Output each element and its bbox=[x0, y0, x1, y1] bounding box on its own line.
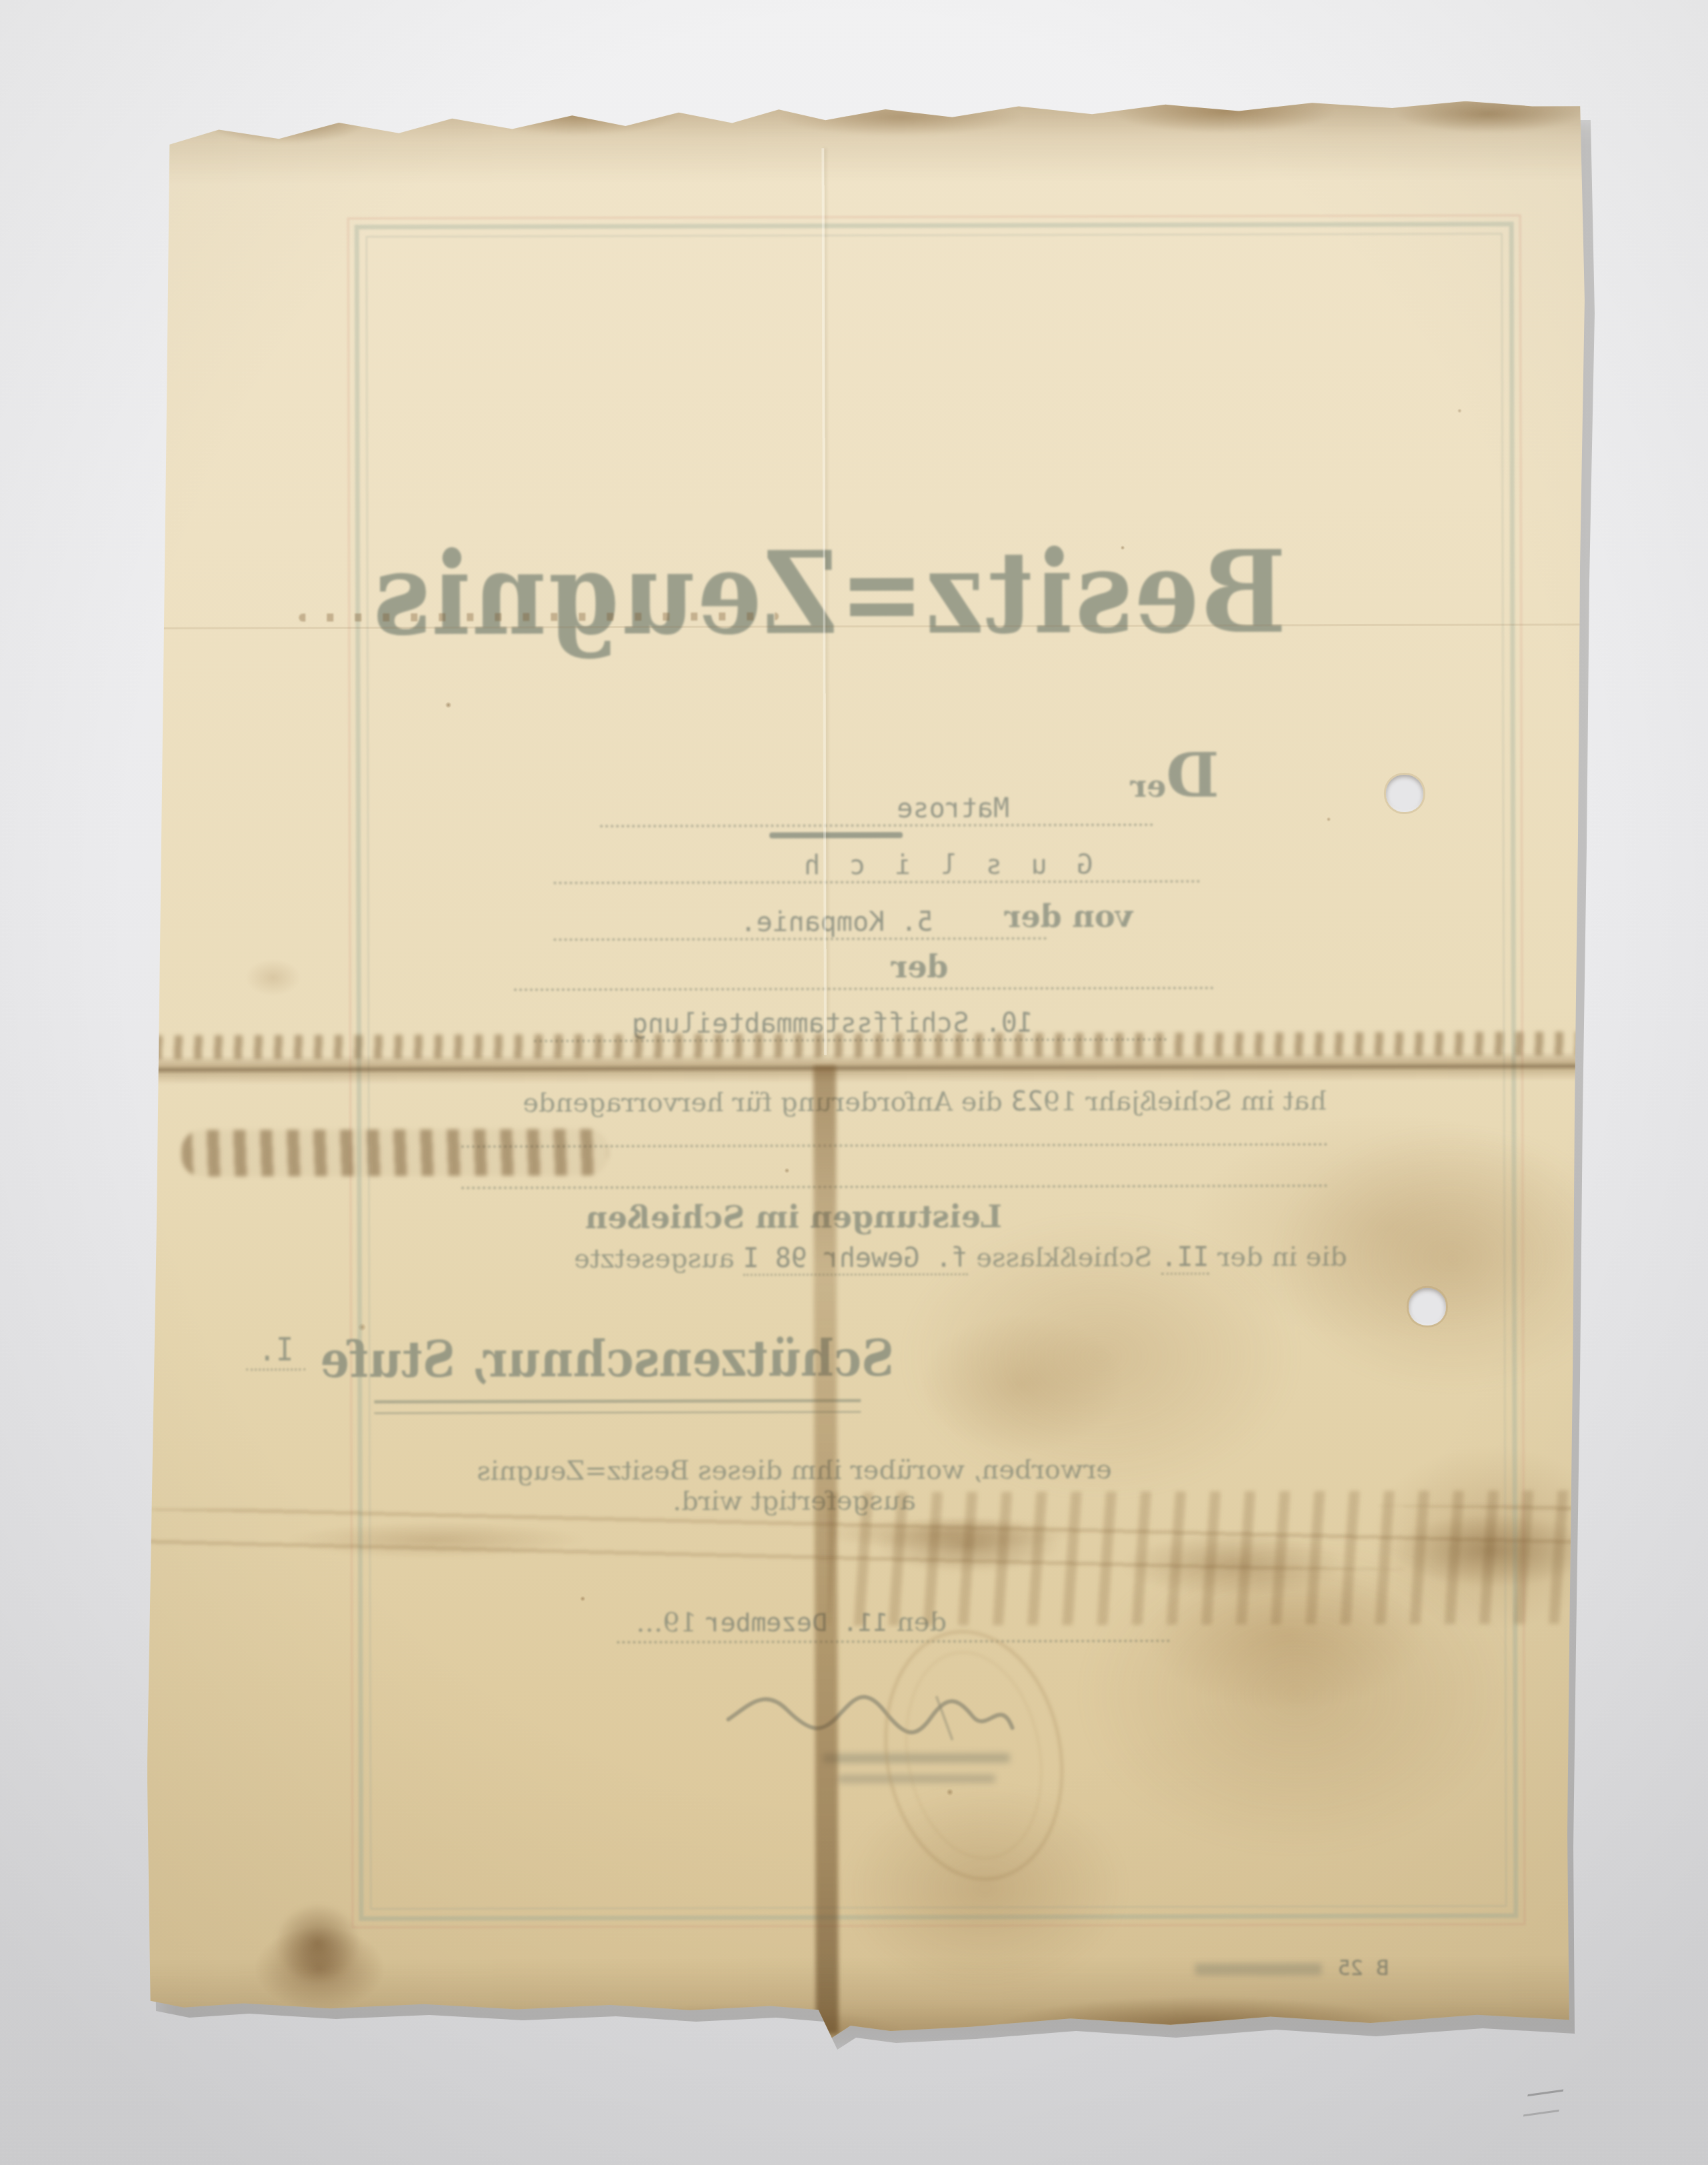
dark-stain-bottom-left bbox=[274, 1903, 361, 1983]
certificate-title: Besitz=Zeugnis bbox=[362, 525, 1296, 661]
punch-hole-top bbox=[1386, 775, 1423, 812]
top-edge-stain bbox=[139, 99, 1605, 183]
wrinkle-band-right bbox=[828, 1490, 1610, 1626]
field-label: der bbox=[891, 949, 949, 985]
award-underline bbox=[374, 1399, 861, 1414]
certificate-paper-back: Besitz=Zeugnis Der Matrose G u s l i c h… bbox=[139, 99, 1611, 2047]
field-value-typed: 5. Kompanie. bbox=[740, 907, 933, 938]
photo-backdrop: Besitz=Zeugnis Der Matrose G u s l i c h… bbox=[0, 0, 1708, 2165]
backdrop-scratch bbox=[1523, 2090, 1564, 2117]
field-value-typed: Matrose bbox=[897, 793, 1009, 823]
field-line: der bbox=[513, 939, 1213, 991]
field-value-typed: G u s l i c h bbox=[797, 849, 1093, 881]
fold-stain-left bbox=[181, 1129, 608, 1177]
award-grade-typed: I. bbox=[246, 1331, 305, 1371]
field-line: G u s l i c h bbox=[553, 832, 1199, 885]
punch-hole-bottom bbox=[1409, 1288, 1446, 1326]
field-line: 5. Kompanie. bbox=[553, 889, 1046, 941]
field-line: Matrose bbox=[599, 775, 1153, 827]
crease-speckles bbox=[299, 612, 779, 621]
